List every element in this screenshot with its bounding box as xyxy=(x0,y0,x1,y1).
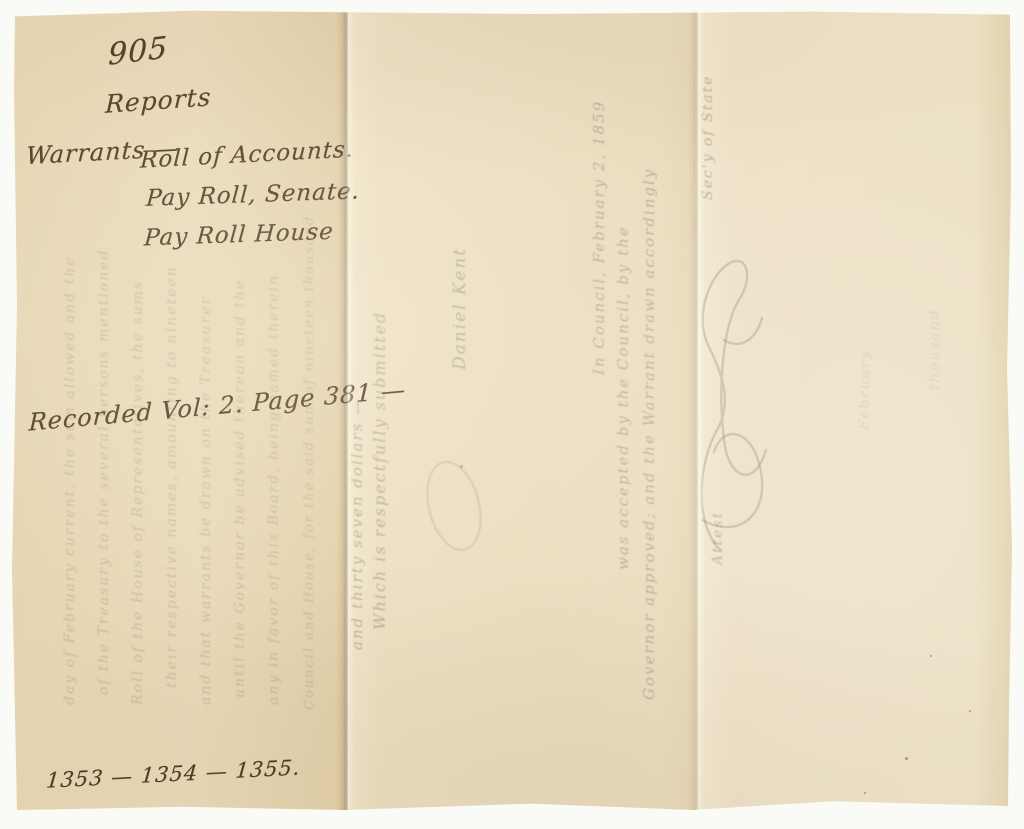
scan-background: day of February current, the sum allowed… xyxy=(0,0,1024,829)
document-paper: day of February current, the sum allowed… xyxy=(12,10,1012,810)
paper-panel-middle xyxy=(345,10,695,810)
paper-panel-right xyxy=(695,10,1012,810)
docket-number: 905 xyxy=(108,30,168,73)
